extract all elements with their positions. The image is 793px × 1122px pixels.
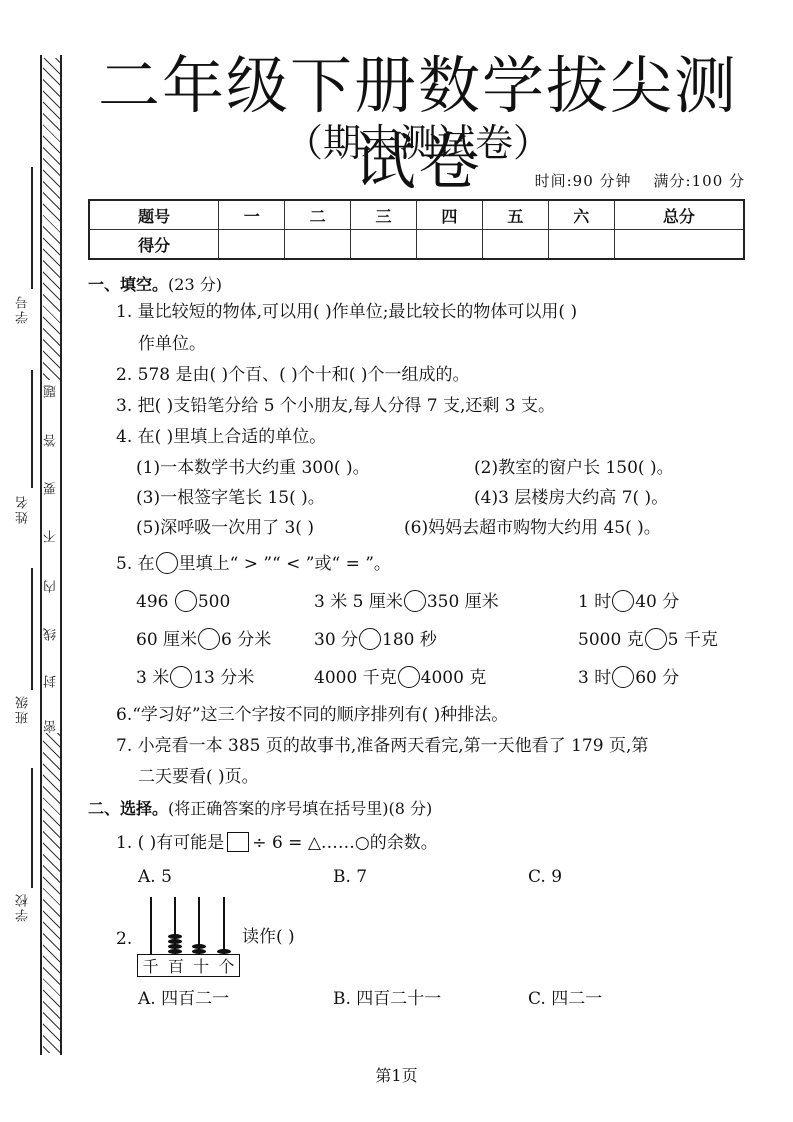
abacus-bead [168,939,182,944]
compare-right: 6 分米 [221,630,271,650]
option-a[interactable]: A. 5 [138,866,172,888]
compare-circle[interactable] [198,628,220,650]
seal-char: 密 [43,720,60,733]
question-2-2-number: 2. [116,928,132,950]
class-line[interactable] [31,568,33,690]
compare-circle[interactable] [404,590,426,612]
compare-right: 5 千克 [668,630,718,650]
table-header-cell: 五 [482,200,548,230]
compare-right: 180 秒 [382,630,437,650]
question-1-5: 5. 在里填上“ > ”“ < ”或“ = ”。 [116,552,391,575]
compare-item: 3 米13 分米 [136,666,254,689]
compare-item: 60 厘米6 分米 [136,628,271,651]
section-1-heading: 一、填空。(23 分) [88,272,222,295]
compare-right: 500 [198,592,230,612]
exam-time: 时间:90 分钟 [535,172,632,190]
seal-char: 封 [43,675,60,688]
question-2-1: 1. ( )有可能是÷ 6 = △……○的余数。 [116,832,438,854]
seal-char: 要 [43,482,60,495]
seal-char: 线 [43,628,60,641]
compare-right: 40 分 [635,592,679,612]
q5-prefix: 5. 在 [116,554,155,574]
table-header-cell: 总分 [614,200,744,230]
section-1-title: 一、填空。 [88,275,168,294]
seal-char: 答 [43,434,60,447]
score-row-label: 得分 [89,230,219,260]
section-2-heading: 二、选择。(将正确答案的序号填在括号里)(8 分) [88,796,432,819]
compare-item: 3 米 5 厘米350 厘米 [314,590,499,613]
abacus-bead [168,934,182,939]
section-1-points: (23 分) [168,275,222,294]
table-header-cell: 二 [285,200,351,230]
abacus-place-labels: 千 百 十 个 [137,954,240,977]
question-2-2-text: 读作( ) [242,926,295,948]
abacus-diagram: 千 百 十 个 [137,897,240,977]
compare-left: 3 米 5 厘米 [314,592,403,612]
compare-left: 5000 克 [578,630,644,650]
compare-circle[interactable] [612,666,634,688]
compare-left: 4000 千克 [314,668,397,688]
seal-char: 内 [43,580,60,593]
compare-right: 13 分米 [193,668,254,688]
compare-right: 60 分 [635,668,679,688]
compare-right: 4000 克 [421,668,487,688]
compare-circle[interactable] [175,590,197,612]
compare-item: 3 时60 分 [578,666,679,689]
question-1-4: 4. 在( )里填上合适的单位。 [116,426,326,448]
compare-left: 496 [136,592,168,612]
question-1-7-cont: 二天要看( )页。 [138,766,259,788]
exam-full-score: 满分:100 分 [654,172,745,190]
abacus-bead [192,944,206,949]
option-c[interactable]: C. 四二一 [528,988,602,1010]
question-1-3: 3. 把( )支铅笔分给 5 个小朋友,每人分得 7 支,还剩 3 支。 [116,395,555,417]
table-header-cell: 四 [416,200,482,230]
compare-circle[interactable] [612,590,634,612]
table-header-cell: 一 [219,200,285,230]
place-label: 十 [193,954,209,977]
hatch-top [43,58,60,380]
student-id-line[interactable] [31,167,33,289]
place-label: 个 [218,954,234,977]
question-1-7: 7. 小亮看一本 385 页的故事书,准备两天看完,第一天他看了 179 页,第 [116,735,648,757]
score-table-score-row: 得分 [89,230,744,260]
score-cell[interactable] [351,230,417,260]
abacus-bead [168,944,182,949]
question-1-1-cont: 作单位。 [138,333,206,355]
score-cell[interactable] [614,230,744,260]
section-2-title: 二、选择。 [88,799,168,818]
question-1-4-item: (3)一根签字笔长 15( )。 [136,487,325,509]
page-number: 第1页 [0,1063,793,1086]
compare-item: 496 500 [136,590,230,613]
q5-suffix: 里填上“ > ”“ < ”或“ = ”。 [179,554,391,574]
abacus-rod-ones [223,897,225,955]
place-label: 千 [143,954,159,977]
compare-circle[interactable] [645,628,667,650]
class-label: 班级 [14,694,33,724]
score-cell[interactable] [416,230,482,260]
strip-border-right [60,55,62,1055]
hatch-bottom [43,733,60,1053]
option-a[interactable]: A. 四百二一 [138,988,229,1010]
compare-circle[interactable] [170,666,192,688]
score-table-header-row: 题号 一 二 三 四 五 六 总分 [89,200,744,230]
q2-1-prefix: 1. ( )有可能是 [116,833,224,853]
question-1-6: 6.“学习好”这三个字按不同的顺序排列有( )种排法。 [116,704,508,726]
option-c[interactable]: C. 9 [528,866,562,888]
question-1-4-item: (2)教室的窗户长 150( )。 [474,457,674,479]
question-1-4-item: (4)3 层楼房大约高 7( )。 [474,487,668,509]
seal-char: 不 [43,530,60,543]
strip-border-left [40,55,42,1055]
seal-char: 题 [43,385,60,398]
compare-circle[interactable] [359,628,381,650]
abacus-rod-thousands [150,897,152,955]
compare-left: 1 时 [578,592,611,612]
compare-left: 3 米 [136,668,169,688]
exam-meta: 时间:90 分钟满分:100 分 [535,170,745,191]
name-line[interactable] [31,370,33,488]
square-icon [227,832,249,852]
question-1-4-item: (5)深呼吸一次用了 3( ) [136,517,314,539]
compare-circle[interactable] [398,666,420,688]
question-1-4-item: (1)一本数学书大约重 300( )。 [136,457,370,479]
compare-left: 3 时 [578,668,611,688]
option-b[interactable]: B. 四百二十一 [333,988,441,1010]
circle-icon [156,552,178,574]
compare-left: 60 厘米 [136,630,197,650]
page-subtitle: （期末测试卷） [86,118,750,168]
place-label: 百 [168,954,184,977]
student-id-label: 学号 [14,294,33,324]
score-cell[interactable] [548,230,614,260]
compare-item: 30 分180 秒 [314,628,437,651]
question-1-1: 1. 量比较短的物体,可以用( )作单位;最比较长的物体可以用( ) [116,301,577,323]
table-header-cell: 三 [351,200,417,230]
question-1-4-item: (6)妈妈去超市购物大约用 45( )。 [404,517,661,539]
compare-item: 5000 克5 千克 [578,628,718,651]
option-b[interactable]: B. 7 [333,866,367,888]
school-label: 学校 [14,892,33,922]
q2-1-suffix: ÷ 6 = △……○的余数。 [252,833,437,853]
score-cell[interactable] [482,230,548,260]
score-table: 题号 一 二 三 四 五 六 总分 得分 [88,199,745,260]
score-cell[interactable] [285,230,351,260]
question-1-2: 2. 578 是由( )个百、( )个十和( )个一组成的。 [116,364,469,386]
school-line[interactable] [31,768,33,888]
compare-right: 350 厘米 [427,592,499,612]
compare-item: 4000 千克4000 克 [314,666,486,689]
compare-item: 1 时40 分 [578,590,679,613]
compare-left: 30 分 [314,630,358,650]
table-header-cell: 题号 [89,200,219,230]
table-header-cell: 六 [548,200,614,230]
name-label: 姓名 [14,494,33,524]
score-cell[interactable] [219,230,285,260]
section-2-note: (将正确答案的序号填在括号里)(8 分) [168,799,432,818]
